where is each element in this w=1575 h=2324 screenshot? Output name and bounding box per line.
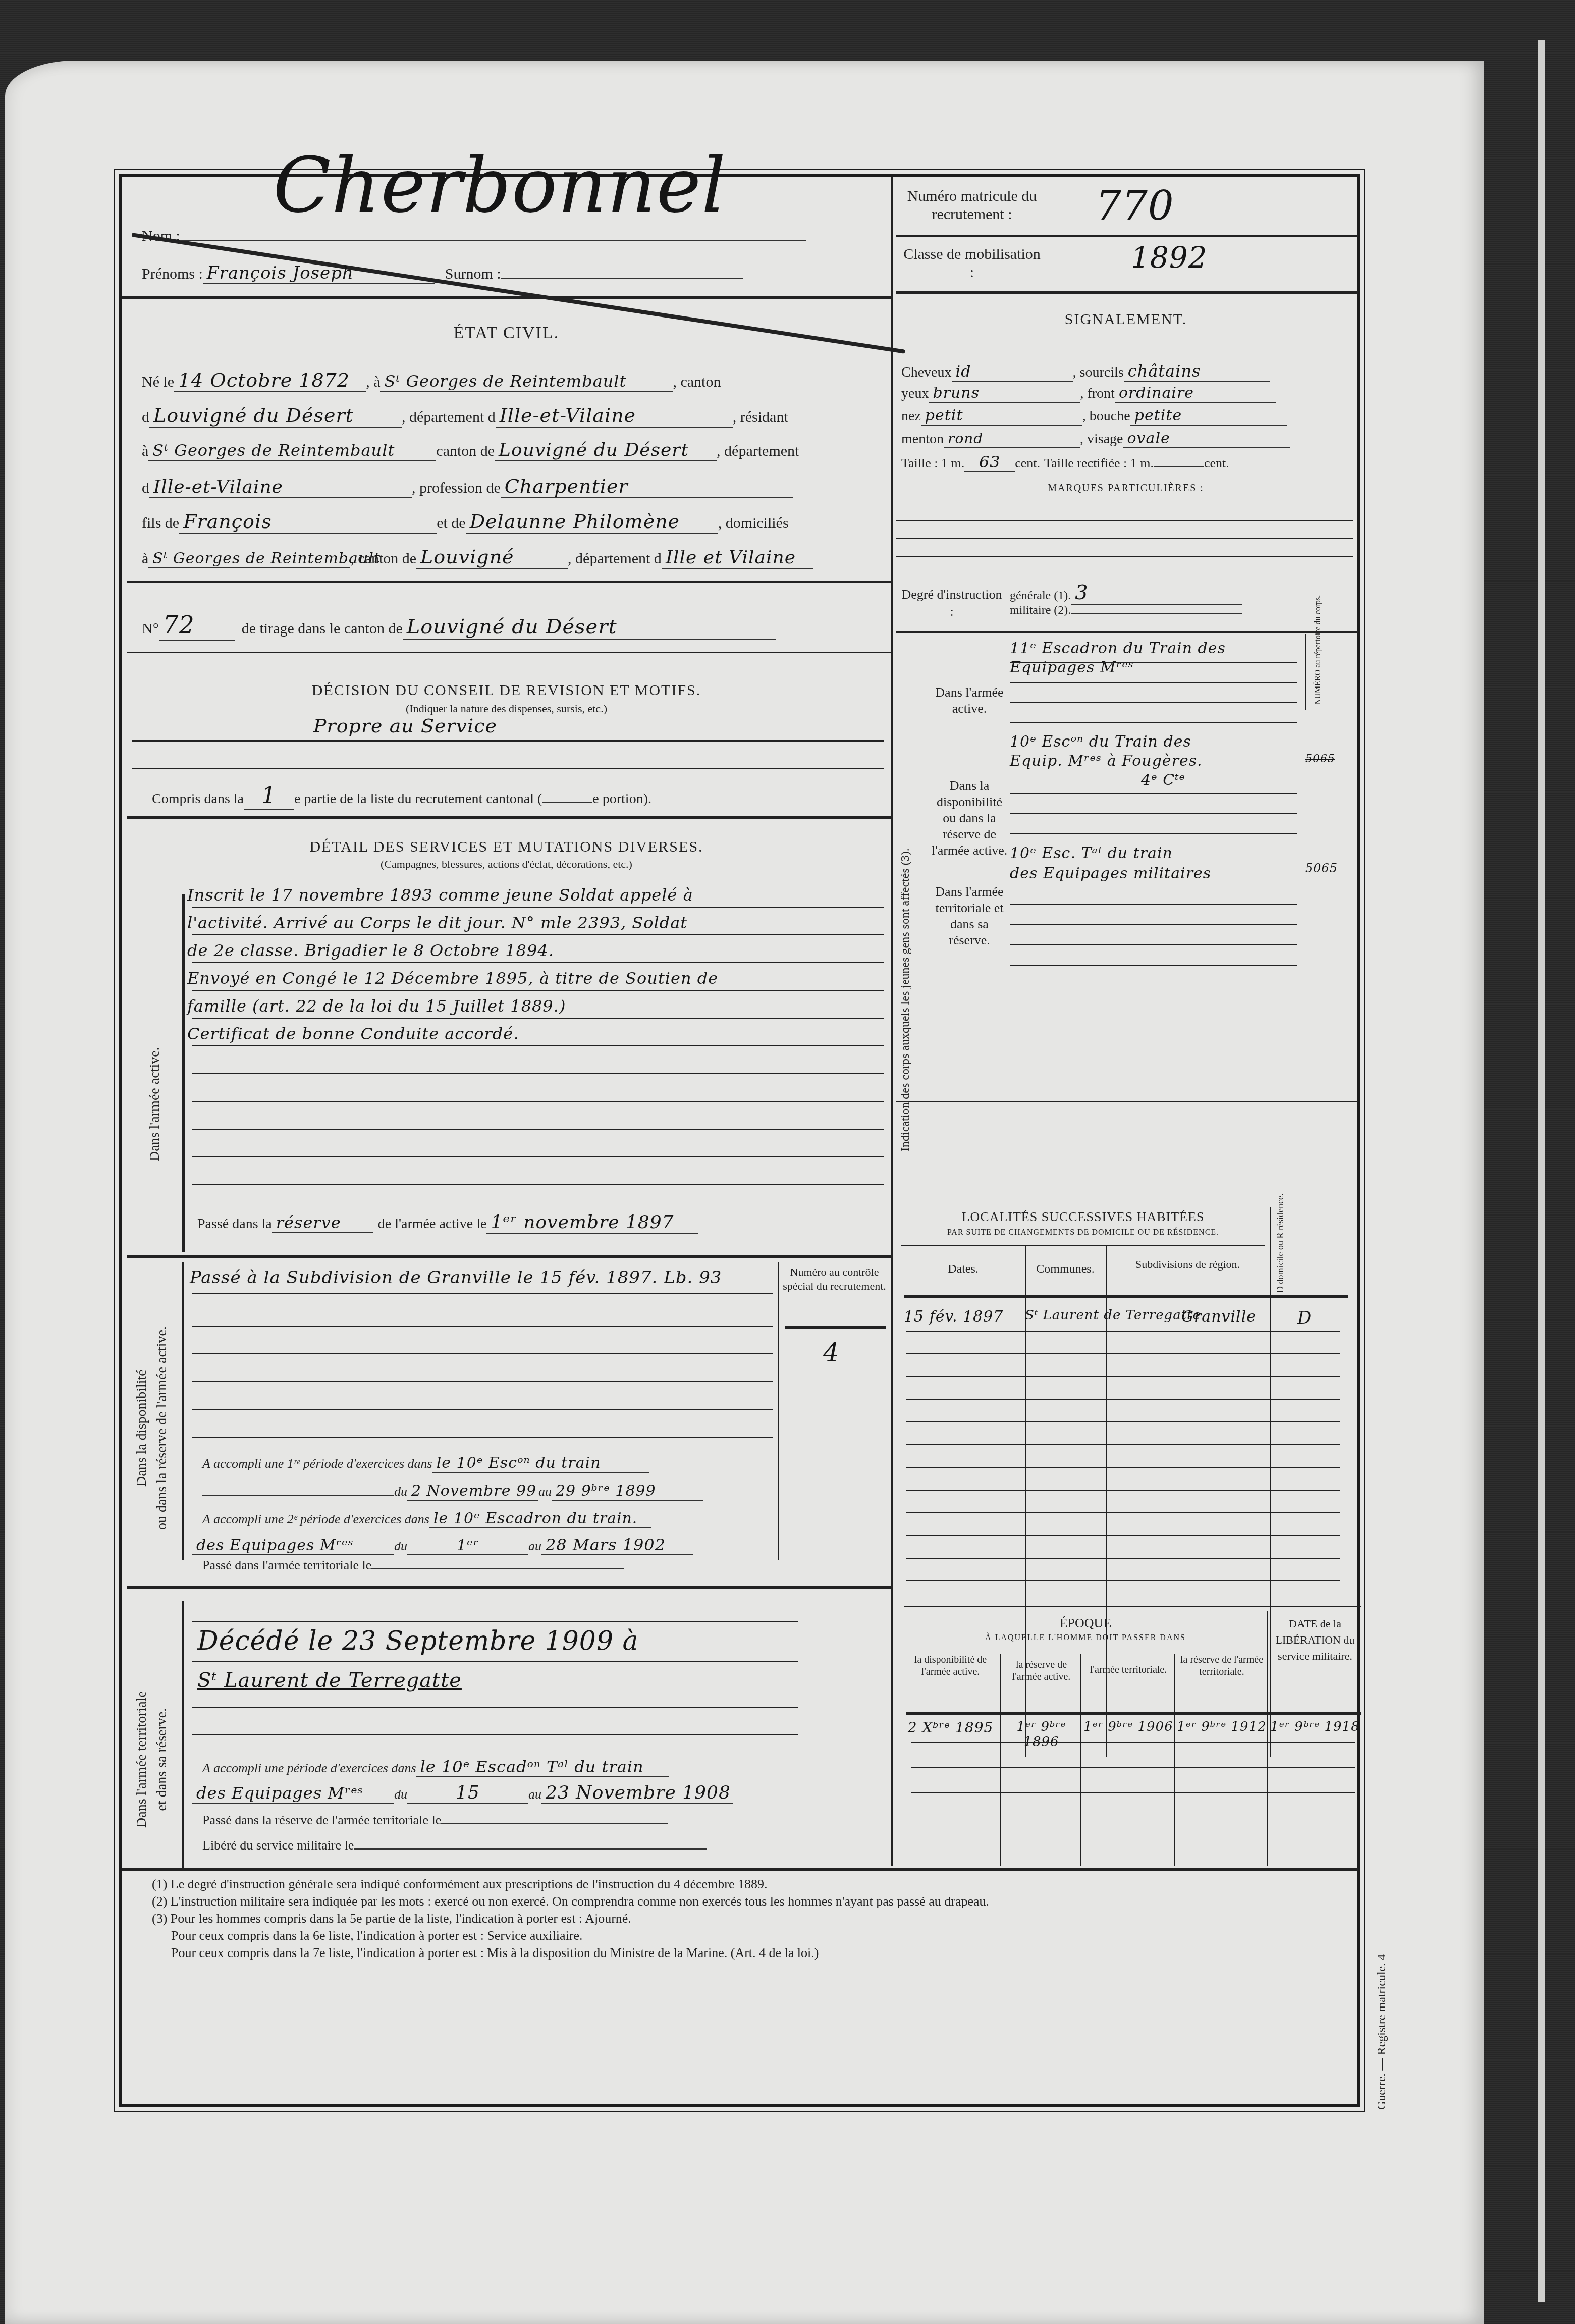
divider bbox=[127, 581, 891, 583]
numero-divider bbox=[1305, 634, 1306, 710]
rule bbox=[906, 1580, 1340, 1581]
passe-reserve-row: Passé dans la réserve de l'armée active … bbox=[197, 1212, 698, 1234]
corps-dispo-label: Dans la disponibilité ou dans la réserve… bbox=[929, 778, 1010, 859]
territoriale-side-label-1: Dans l'armée territoriale bbox=[132, 1691, 152, 1828]
rule bbox=[906, 1467, 1340, 1468]
departement-naissance[interactable]: Ille-et-Vilaine bbox=[496, 404, 733, 428]
corps-active-label: Dans l'armée active. bbox=[929, 684, 1010, 717]
fils-de-label: fils de bbox=[142, 515, 179, 532]
epoque-col-territoriale: l'armée territoriale. bbox=[1083, 1664, 1174, 1676]
controle-label: Numéro au contrôle spécial du recrutemen… bbox=[780, 1265, 889, 1293]
divider bbox=[785, 1326, 886, 1329]
cent-label: cent. bbox=[1015, 456, 1040, 471]
epoque-subtitle: À LAQUELLE L'HOMME DOIT PASSER DANS bbox=[909, 1633, 1262, 1643]
taille-rectifiee-value[interactable] bbox=[1154, 466, 1204, 467]
rule bbox=[1010, 924, 1297, 925]
rule bbox=[1010, 833, 1297, 834]
dispo-side-label-1: Dans la disponibilité bbox=[132, 1326, 152, 1530]
header-divider bbox=[122, 296, 891, 299]
rule bbox=[906, 1353, 1340, 1354]
controle-divider bbox=[778, 1262, 779, 1560]
domicile-parents-row: à Sᵗ Georges de Reintembault , canton de… bbox=[142, 546, 813, 569]
rule bbox=[192, 1156, 884, 1157]
canton-label: , canton de bbox=[350, 550, 416, 567]
menton-value[interactable]: rond bbox=[944, 430, 1080, 448]
departement-parents[interactable]: Ille et Vilaine bbox=[662, 547, 813, 569]
col-divider bbox=[1000, 1654, 1001, 1866]
rule bbox=[906, 1399, 1340, 1400]
corps-territoriale-value: 10ᵉ Esc. Tᵃˡ du train des Equipages mili… bbox=[1010, 843, 1211, 884]
libere-label: Libéré du service militaire le bbox=[202, 1838, 354, 1853]
epoque-disponibilite-value[interactable]: 2 Xᵇʳᵉ 1895 bbox=[904, 1719, 997, 1736]
decision-value[interactable]: Propre au Service bbox=[313, 715, 497, 737]
dispo-line-1[interactable]: Passé à la Subdivision de Granville le 1… bbox=[190, 1267, 722, 1288]
instruction-generale-value[interactable]: 3 bbox=[1071, 581, 1242, 605]
du-label: du bbox=[394, 1539, 407, 1554]
footnote: Pour ceux compris dans la 7e liste, l'in… bbox=[152, 1944, 1343, 1962]
divider bbox=[896, 235, 1358, 237]
corps-side-label: Indication des corps auxquels les jeunes… bbox=[899, 848, 912, 1151]
periode2-corps-2[interactable]: des Equipages Mʳᵉˢ bbox=[192, 1537, 394, 1555]
epoque-liberation-value[interactable]: 1ᵉʳ 9ᵇʳᵉ 1918 bbox=[1270, 1719, 1361, 1734]
compris-suffix: e partie de la liste du recrutement cant… bbox=[294, 791, 542, 807]
instruction-militaire-row: militaire (2). bbox=[1010, 604, 1242, 617]
instruction-generale-label: générale (1). bbox=[1010, 589, 1071, 603]
localites-subtitle: PAR SUITE DE CHANGEMENTS DE DOMICILE OU … bbox=[899, 1228, 1267, 1237]
periode1-du[interactable]: 2 Novembre 99 bbox=[407, 1482, 538, 1501]
ne-le-label: Né le bbox=[142, 374, 174, 391]
footnote: (1) Le degré d'instruction générale sera… bbox=[152, 1876, 1343, 1893]
decision-title: DÉCISION DU CONSEIL DE REVISION ET MOTIF… bbox=[122, 682, 891, 699]
compris-partie[interactable]: 1 bbox=[244, 783, 294, 810]
instruction-militaire-value[interactable] bbox=[1071, 613, 1242, 614]
du-label: du bbox=[394, 1484, 407, 1499]
rule bbox=[906, 1490, 1340, 1491]
portion-field[interactable] bbox=[542, 802, 592, 803]
rule bbox=[192, 1326, 773, 1327]
localite-date[interactable]: 15 fév. 1897 bbox=[904, 1308, 1003, 1326]
epoque-col-reserve-territoriale: la réserve de l'armée territoriale. bbox=[1176, 1654, 1267, 1678]
rule bbox=[192, 1707, 798, 1708]
ter-periode-row: A accompli une période d'exercices dans … bbox=[202, 1757, 669, 1777]
canton-row: d Louvigné du Désert , département d Ill… bbox=[142, 404, 788, 428]
prenoms-row: Prénoms : François Joseph Surnom : bbox=[142, 263, 743, 284]
profession[interactable]: Charpentier bbox=[501, 475, 793, 498]
rule bbox=[906, 1421, 1340, 1422]
compris-label: Compris dans la bbox=[152, 791, 244, 807]
rule bbox=[192, 1073, 884, 1074]
residence[interactable]: Sᵗ Georges de Reintembault bbox=[148, 441, 436, 461]
passe-territoriale-row: Passé dans l'armée territoriale le bbox=[202, 1558, 624, 1573]
marques-title: MARQUES PARTICULIÈRES : bbox=[894, 483, 1358, 494]
service-line: l'activité. Arrivé au Corps le dit jour.… bbox=[187, 909, 889, 937]
rule bbox=[192, 1184, 884, 1185]
localites-col-dates: Dates. bbox=[901, 1262, 1025, 1276]
dispo-bracket bbox=[182, 1262, 184, 1560]
canton-label: , canton bbox=[673, 374, 721, 391]
au-label: au bbox=[528, 1787, 541, 1802]
rule bbox=[906, 1376, 1340, 1377]
periode1-label: A accompli une 1ʳᵉ période d'exercices d… bbox=[202, 1456, 432, 1471]
et-de-label: et de bbox=[437, 515, 465, 532]
rule bbox=[1010, 722, 1297, 723]
departement-residence[interactable]: Ille-et-Vilaine bbox=[149, 477, 412, 498]
periode2-row: A accompli une 2ᵉ période d'exercices da… bbox=[202, 1510, 651, 1528]
nez-value[interactable]: petit bbox=[921, 407, 1082, 426]
compris-row: Compris dans la 1 e partie de la liste d… bbox=[152, 783, 651, 810]
ter-periode-au[interactable]: 23 Novembre 1908 bbox=[541, 1782, 733, 1804]
rule bbox=[192, 1018, 884, 1019]
taille-row: Taille : 1 m. 63 cent. Taille rectifiée … bbox=[901, 452, 1229, 472]
front-value[interactable]: ordinaire bbox=[1115, 384, 1276, 403]
epoque-col-reserve-active: la réserve de l'armée active. bbox=[1002, 1659, 1080, 1683]
nom-field[interactable] bbox=[180, 240, 806, 241]
surnom-label: Surnom : bbox=[445, 266, 501, 283]
footnote-num: (2) bbox=[152, 1894, 167, 1909]
yeux-row: yeux bruns , front ordinaire bbox=[901, 384, 1276, 403]
yeux-value[interactable]: bruns bbox=[929, 384, 1080, 403]
blank-field bbox=[202, 1495, 394, 1496]
ter-periode-dates-row: des Equipages Mʳᵉˢ du 15 au 23 Novembre … bbox=[192, 1782, 733, 1804]
footnote-num: (1) bbox=[152, 1877, 167, 1891]
footnote-text: Pour les hommes compris dans la 5e parti… bbox=[171, 1911, 631, 1926]
rule bbox=[192, 1734, 798, 1735]
passe-territoriale-label: Passé dans l'armée territoriale le bbox=[202, 1558, 371, 1573]
corps-territoriale-label: Dans l'armée territoriale et dans sa rés… bbox=[929, 884, 1010, 948]
portion-suffix: e portion). bbox=[592, 791, 651, 807]
canton-naissance[interactable]: Louvigné du Désert bbox=[149, 404, 402, 428]
ter-periode-corps-2[interactable]: des Equipages Mʳᵉˢ bbox=[192, 1783, 394, 1804]
residence-row: à Sᵗ Georges de Reintembault canton de L… bbox=[142, 440, 799, 461]
lieu-naissance[interactable]: Sᵗ Georges de Reintembault bbox=[380, 372, 673, 392]
corps-active-value: 11ᵉ Escadron du Train des Equipages Mʳᵉˢ bbox=[1010, 639, 1226, 677]
localites-col-dr: D domicile ou R résidence. bbox=[1275, 1207, 1286, 1293]
corps-dispo-value: 10ᵉ Escᵒⁿ du Train des Equip. Mʳᵉˢ à Fou… bbox=[1010, 732, 1203, 790]
rule bbox=[906, 1535, 1340, 1536]
domicile-parents[interactable]: Sᵗ Georges de Reintembault bbox=[148, 550, 350, 568]
periode1-corps[interactable]: le 10ᵉ Escᵒⁿ du train bbox=[432, 1454, 649, 1473]
rule bbox=[192, 1101, 884, 1102]
service-line: de 2e classe. Brigadier le 8 Octobre 189… bbox=[187, 937, 889, 965]
pere[interactable]: François bbox=[179, 510, 437, 534]
prenoms-field[interactable]: François Joseph bbox=[203, 263, 435, 284]
d-label: d bbox=[142, 409, 149, 426]
services-subtitle: (Campagnes, blessures, actions d'éclat, … bbox=[122, 858, 891, 871]
passe-date[interactable]: 1ᵉʳ novembre 1897 bbox=[486, 1212, 698, 1234]
epoque-reserve-active-value[interactable]: 1ᵉʳ 9ᵇʳᵉ 1896 bbox=[1002, 1719, 1080, 1750]
divider bbox=[127, 816, 891, 819]
domicilies-label: , domiciliés bbox=[718, 515, 789, 532]
a-label: à bbox=[142, 443, 148, 460]
passe-label: Passé dans la bbox=[197, 1216, 272, 1232]
rule bbox=[192, 1353, 773, 1354]
footnote: Pour ceux compris dans la 6e liste, l'in… bbox=[152, 1927, 1343, 1944]
canton-residence[interactable]: Louvigné du Désert bbox=[495, 440, 717, 461]
rule bbox=[192, 1293, 773, 1294]
ter-periode-corps[interactable]: le 10ᵉ Escadᵒⁿ Tᵃˡ du train bbox=[416, 1757, 669, 1777]
menton-row: menton rond , visage ovale bbox=[901, 430, 1290, 448]
nez-row: nez petit , bouche petite bbox=[901, 407, 1287, 426]
ter-periode-label: A accompli une période d'exercices dans bbox=[202, 1761, 416, 1776]
corps-dispo-numero[interactable]: 5065 bbox=[1305, 753, 1335, 765]
rule bbox=[192, 1409, 773, 1410]
canton-parents[interactable]: Louvigné bbox=[416, 546, 568, 569]
rule bbox=[192, 1661, 798, 1662]
departement-label: , département bbox=[717, 443, 799, 460]
taille-value[interactable]: 63 bbox=[964, 452, 1015, 472]
rule bbox=[192, 1621, 798, 1622]
divider bbox=[896, 631, 1358, 633]
au-label: au bbox=[538, 1484, 552, 1499]
divider bbox=[904, 1295, 1348, 1298]
passe-suffix: de l'armée active le bbox=[378, 1216, 487, 1232]
footnote-text: Pour ceux compris dans la 7e liste, l'in… bbox=[171, 1945, 819, 1960]
d-label: d bbox=[142, 480, 149, 497]
localite-dr[interactable]: D bbox=[1297, 1308, 1312, 1328]
rule bbox=[1010, 813, 1297, 814]
localites-col-communes: Communes. bbox=[1025, 1262, 1106, 1276]
naissance-row: Né le 14 Octobre 1872 , à Sᵗ Georges de … bbox=[142, 369, 721, 392]
center-divider bbox=[891, 177, 893, 1866]
rule bbox=[1010, 662, 1297, 663]
profession-label: , profession de bbox=[412, 480, 501, 497]
divider bbox=[901, 1245, 1265, 1246]
front-label: , front bbox=[1080, 386, 1114, 402]
page-edge bbox=[1538, 40, 1545, 2302]
service-line: famille (art. 22 de la loi du 15 Juillet… bbox=[187, 992, 889, 1020]
footnotes-divider bbox=[122, 1868, 1358, 1871]
footnote-text: Pour ceux compris dans la 6e liste, l'in… bbox=[171, 1928, 583, 1943]
mere[interactable]: Delaunne Philomène bbox=[466, 510, 718, 534]
departement-label: , département d bbox=[402, 409, 496, 426]
etat-civil-title: ÉTAT CIVIL. bbox=[122, 324, 891, 343]
corps-active-line[interactable]: 11ᵉ Escadron du Train des bbox=[1010, 639, 1226, 658]
periode1-row: A accompli une 1ʳᵉ période d'exercices d… bbox=[202, 1454, 649, 1473]
divider bbox=[127, 1586, 891, 1589]
rule bbox=[1010, 682, 1297, 683]
services-bracket bbox=[182, 894, 185, 1252]
divider bbox=[127, 652, 891, 653]
periode2-corps[interactable]: le 10ᵉ Escadron du train. bbox=[429, 1510, 651, 1528]
rule bbox=[906, 1444, 1340, 1445]
deces-line-1[interactable]: Décédé le 23 Septembre 1909 à bbox=[197, 1626, 639, 1656]
footnotes: (1) Le degré d'instruction générale sera… bbox=[152, 1876, 1343, 1962]
ter-reserve-field[interactable] bbox=[441, 1823, 668, 1824]
dr-divider bbox=[1270, 1207, 1271, 1757]
epoque-territoriale-value[interactable]: 1ᵉʳ 9ᵇʳᵉ 1906 bbox=[1083, 1719, 1174, 1734]
nom-row: Nom : bbox=[142, 228, 806, 245]
libere-row: Libéré du service militaire le bbox=[202, 1838, 707, 1853]
rule bbox=[192, 962, 884, 963]
periode2-label: A accompli une 2ᵉ période d'exercices da… bbox=[202, 1512, 429, 1527]
canton-label: canton de bbox=[436, 443, 495, 460]
periode2-du[interactable]: 1ᵉʳ bbox=[407, 1537, 528, 1555]
visage-label: , visage bbox=[1080, 431, 1123, 447]
dispo-side-label: Dans la disponibilité ou dans la réserve… bbox=[132, 1326, 172, 1530]
service-line: Envoyé en Congé le 12 Décembre 1895, à t… bbox=[187, 965, 889, 992]
rule bbox=[192, 1437, 773, 1438]
cheveux-row: Cheveux id , sourcils châtains bbox=[901, 361, 1270, 382]
residant-label: , résidant bbox=[733, 409, 788, 426]
rule bbox=[192, 1129, 884, 1130]
instruction-label: Degré d'instruction : bbox=[901, 586, 1002, 620]
divider bbox=[896, 1101, 1358, 1102]
prenoms-label: Prénoms : bbox=[142, 266, 203, 283]
divider bbox=[896, 291, 1358, 294]
sourcils-value[interactable]: châtains bbox=[1124, 361, 1270, 382]
instruction-generale-row: générale (1). 3 bbox=[1010, 581, 1242, 605]
territoriale-side-label: Dans l'armée territoriale et dans sa rés… bbox=[132, 1691, 172, 1828]
service-line: Inscrit le 17 novembre 1893 comme jeune … bbox=[187, 881, 889, 909]
divider bbox=[906, 1712, 1361, 1715]
departement-label: , département d bbox=[568, 550, 662, 567]
divider bbox=[132, 740, 884, 742]
decision-subtitle: (Indiquer la nature des dispenses, sursi… bbox=[122, 702, 891, 715]
a-label: , à bbox=[366, 374, 380, 391]
rule bbox=[1010, 904, 1297, 905]
localite-commune[interactable]: Sᵗ Laurent de Terregatte bbox=[1025, 1308, 1201, 1323]
services-title: DÉTAIL DES SERVICES ET MUTATIONS DIVERSE… bbox=[122, 838, 891, 856]
corps-active-line[interactable]: Equipages Mʳᵉˢ bbox=[1010, 658, 1226, 677]
matricule-label: Numéro matricule du recrutement : bbox=[901, 187, 1043, 224]
rule bbox=[1010, 965, 1297, 966]
tirage-label: de tirage dans le canton de bbox=[242, 620, 403, 638]
yeux-label: yeux bbox=[901, 386, 929, 402]
tirage-row: N° 72 de tirage dans le canton de Louvig… bbox=[142, 611, 776, 641]
rule bbox=[1010, 702, 1297, 703]
divider bbox=[127, 1255, 891, 1258]
taille-rectifiee-label: Taille rectifiée : 1 m. bbox=[1044, 456, 1154, 471]
territoriale-bracket bbox=[182, 1601, 184, 1868]
visage-value[interactable]: ovale bbox=[1123, 430, 1290, 448]
sourcils-label: , sourcils bbox=[1073, 364, 1124, 381]
rule bbox=[1010, 944, 1297, 945]
corps-territoriale-line[interactable]: 10ᵉ Esc. Tᵃˡ du train bbox=[1010, 843, 1211, 864]
rule bbox=[911, 1742, 1355, 1743]
controle-value[interactable]: 4 bbox=[823, 1338, 840, 1367]
territoriale-side-label-2: et dans sa réserve. bbox=[152, 1691, 172, 1828]
bouche-value[interactable]: petite bbox=[1130, 407, 1287, 426]
a-label: à bbox=[142, 550, 148, 567]
date-naissance[interactable]: 14 Octobre 1872 bbox=[174, 369, 366, 392]
footnote-text: Le degré d'instruction générale sera ind… bbox=[171, 1877, 768, 1891]
services-side-label: Dans l'armée active. bbox=[147, 1047, 163, 1161]
rule bbox=[192, 990, 884, 991]
no-label: N° bbox=[142, 620, 159, 638]
periode2-au[interactable]: 28 Mars 1902 bbox=[541, 1535, 693, 1555]
ter-periode-du[interactable]: 15 bbox=[407, 1782, 528, 1804]
cent-label: cent. bbox=[1204, 456, 1229, 471]
localite-subdivision[interactable]: Granville bbox=[1181, 1308, 1256, 1326]
periode1-dates-row: du 2 Novembre 99 au 29 9ᵇʳᵉ 1899 bbox=[202, 1482, 703, 1501]
col-divider bbox=[1080, 1654, 1081, 1866]
parents-row: fils de François et de Delaunne Philomèn… bbox=[142, 510, 789, 534]
matricule-value[interactable]: 770 bbox=[1096, 182, 1174, 229]
taille-label: Taille : 1 m. bbox=[901, 456, 964, 471]
instruction-militaire-label: militaire (2). bbox=[1010, 604, 1071, 617]
cheveux-value[interactable]: id bbox=[952, 363, 1073, 382]
rule bbox=[192, 934, 884, 935]
epoque-col-disponibilite: la disponibilité de l'armée active. bbox=[904, 1654, 997, 1678]
classe-label: Classe de mobilisation : bbox=[901, 245, 1043, 282]
footnote-text: L'instruction militaire sera indiquée pa… bbox=[171, 1894, 989, 1909]
rule bbox=[192, 1381, 773, 1382]
nom-label: Nom : bbox=[142, 228, 180, 245]
epoque-reserve-territoriale-value[interactable]: 1ᵉʳ 9ᵇʳᵉ 1912 bbox=[1176, 1719, 1267, 1734]
numero-repertoire-label: NUMÉRO au répertoire du corps. bbox=[1313, 634, 1324, 705]
rule bbox=[1010, 793, 1297, 794]
du-label: du bbox=[394, 1787, 407, 1802]
rule bbox=[896, 556, 1353, 557]
corps-territoriale-line[interactable]: des Equipages militaires bbox=[1010, 864, 1211, 884]
rule bbox=[192, 1045, 884, 1046]
tirage-canton[interactable]: Louvigné du Désert bbox=[403, 615, 776, 640]
register-side-label: Guerre. — Registre matricule. 4 bbox=[1375, 1954, 1389, 2110]
passe-value[interactable]: réserve bbox=[272, 1213, 373, 1233]
localites-col-subdivisions: Subdivisions de région. bbox=[1106, 1257, 1270, 1272]
localites-title: LOCALITÉS SUCCESSIVES HABITÉES bbox=[899, 1209, 1267, 1225]
rule bbox=[911, 1767, 1355, 1768]
rule bbox=[906, 1558, 1340, 1559]
rule bbox=[911, 1792, 1355, 1793]
periode1-au[interactable]: 29 9ᵇʳᵉ 1899 bbox=[552, 1482, 703, 1501]
dispo-side-label-2: ou dans la réserve de l'armée active. bbox=[152, 1326, 172, 1530]
rule bbox=[896, 520, 1353, 521]
nez-label: nez bbox=[901, 408, 921, 425]
profession-row: d Ille-et-Vilaine , profession de Charpe… bbox=[142, 475, 793, 498]
divider bbox=[132, 768, 884, 769]
menton-label: menton bbox=[901, 431, 944, 447]
deces-line-2[interactable]: Sᵗ Laurent de Terregatte bbox=[197, 1669, 462, 1692]
au-label: au bbox=[528, 1539, 541, 1554]
bouche-label: , bouche bbox=[1082, 408, 1130, 425]
signalement-title: SIGNALEMENT. bbox=[894, 311, 1358, 328]
rule bbox=[906, 1512, 1340, 1513]
rule bbox=[192, 907, 884, 908]
matricule-form: Cherbonnel Nom : Prénoms : François Jose… bbox=[119, 174, 1360, 2107]
service-line: Certificat de bonne Conduite accordé. bbox=[187, 1020, 889, 1048]
epoque-title: ÉPOQUE bbox=[909, 1616, 1262, 1631]
rule bbox=[896, 538, 1353, 539]
footnote: (2) L'instruction militaire sera indiqué… bbox=[152, 1893, 1343, 1910]
classe-value[interactable]: 1892 bbox=[1131, 240, 1208, 275]
divider bbox=[904, 1606, 1361, 1607]
col-divider bbox=[1174, 1654, 1175, 1866]
epoque-col-liberation: DATE de la LIBÉRATION du service militai… bbox=[1270, 1616, 1361, 1664]
ter-reserve-label: Passé dans la réserve de l'armée territo… bbox=[202, 1813, 441, 1828]
tirage-number[interactable]: 72 bbox=[159, 611, 235, 641]
nom-value-large: Cherbonnel bbox=[273, 142, 726, 230]
ter-reserve-row: Passé dans la réserve de l'armée territo… bbox=[202, 1813, 668, 1828]
libere-field[interactable] bbox=[354, 1848, 707, 1850]
cheveux-label: Cheveux bbox=[901, 364, 952, 381]
col-divider bbox=[1267, 1611, 1268, 1866]
corps-territoriale-numero[interactable]: 5065 bbox=[1305, 861, 1338, 875]
corps-dispo-line[interactable]: 10ᵉ Escᵒⁿ du Train des bbox=[1010, 732, 1203, 752]
periode2-dates-row: des Equipages Mʳᵉˢ du 1ᵉʳ au 28 Mars 190… bbox=[192, 1535, 693, 1555]
footnote-num: (3) bbox=[152, 1911, 167, 1926]
corps-dispo-line[interactable]: 4ᵉ Cᵗᵉ bbox=[1010, 771, 1203, 790]
passe-territoriale-field[interactable] bbox=[371, 1568, 624, 1569]
footnote: (3) Pour les hommes compris dans la 5e p… bbox=[152, 1910, 1343, 1927]
surnom-field[interactable] bbox=[501, 278, 743, 279]
corps-dispo-line[interactable]: Equip. Mʳᵉˢ à Fougères. bbox=[1010, 752, 1203, 771]
rule bbox=[906, 1331, 1340, 1332]
